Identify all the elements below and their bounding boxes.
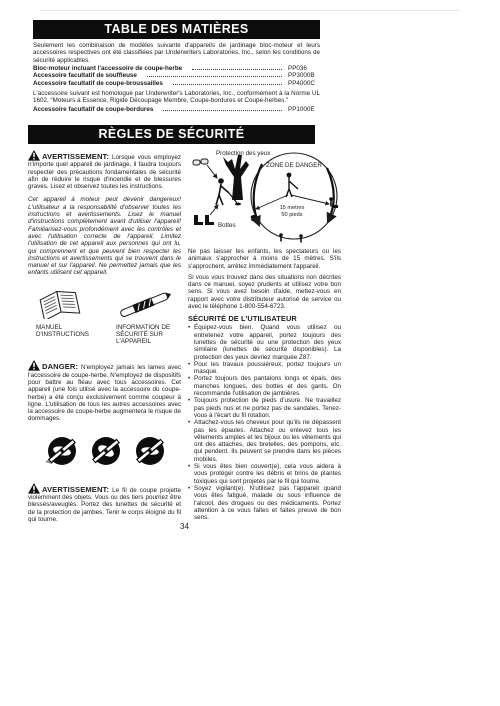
goggles-icon xyxy=(193,159,208,165)
shaft-safety-label-icon xyxy=(116,289,174,319)
warning-triangle-icon xyxy=(28,150,40,161)
danger-text: N'employez jamais les lames avec l'acces… xyxy=(28,364,181,422)
toc-entry-code: PP1000E xyxy=(288,106,320,114)
no-saw-blade-icon xyxy=(44,435,78,467)
dangerous-tool-paragraph: Cet appareil à moteur peut devenir dange… xyxy=(28,196,181,276)
instruction-manual-icon xyxy=(36,287,84,319)
eye-protection-label: Protection des yeux xyxy=(216,150,271,157)
warning-paragraph-1: AVERTISSEMENT: Lorsque vous employez n'i… xyxy=(28,150,181,190)
user-safety-heading: SÉCURITÉ DE L'UTILISATEUR xyxy=(188,314,341,323)
toc-intro-paragraph: Seulement les combinaison de modèles sui… xyxy=(33,42,320,64)
zone-center-figure xyxy=(286,173,298,197)
no-blades-icons-row xyxy=(28,435,181,467)
safety-bullet: Équipez-vous bien. Quand vous utilisez o… xyxy=(188,324,341,360)
dotted-leader xyxy=(147,76,282,77)
table-of-contents-section: TABLE DES MATIÈRES Seulement les combina… xyxy=(33,20,320,113)
manual-icon-block: MANUEL D'INSTRUCTIONS xyxy=(36,287,100,346)
danger-zone-illustration: Protection des yeux xyxy=(188,147,341,244)
warning-paragraph-2: AVERTISSEMENT: Le fil de coupe projette … xyxy=(28,483,181,523)
toc-entry-code: PP3000B xyxy=(288,72,320,80)
safety-bullet: Portez toujours des pantalons longs et é… xyxy=(188,375,341,397)
danger-paragraph: DANGER: N'employez jamais les lames avec… xyxy=(28,360,181,422)
left-column: AVERTISSEMENT: Lorsque vous employez n'i… xyxy=(28,147,181,523)
manual-icons-row: MANUEL D'INSTRUCTIONS xyxy=(28,287,181,346)
safety-bullet: Soyez vigilant(e). N'utilisez pas l'appa… xyxy=(188,485,341,521)
page-number: 34 xyxy=(28,522,341,531)
toc-entry: Accessoire facultatif de coupe-bordures … xyxy=(33,106,320,114)
scanned-manual-page: TABLE DES MATIÈRES Seulement les combina… xyxy=(0,0,500,706)
safety-label-icon-label: INFORMATION DE SÉCURITÉ SUR L'APPAREIL xyxy=(116,324,180,346)
manual-icon-label: MANUEL D'INSTRUCTIONS xyxy=(36,324,100,338)
toc-entry-code: PP036 xyxy=(288,65,320,73)
user-safety-bullet-list: Équipez-vous bien. Quand vous utilisez o… xyxy=(188,324,341,521)
safety-label-icon-block: INFORMATION DE SÉCURITÉ SUR L'APPAREIL xyxy=(116,287,180,346)
dotted-leader xyxy=(163,110,282,111)
bystander-figures xyxy=(251,197,338,242)
danger-keyword: DANGER: xyxy=(42,362,78,371)
rules-title: RÈGLES DE SÉCURITÉ xyxy=(98,127,244,141)
toc-entry-label: Accessoire facultatif de coupe-broussail… xyxy=(33,80,163,88)
toc-entry: Bloc-moteur incluant l'accessoire de cou… xyxy=(33,65,320,73)
toc-title: TABLE DES MATIÈRES xyxy=(104,22,248,36)
no-metal-blade-icon xyxy=(90,435,122,467)
rules-title-bar: RÈGLES DE SÉCURITÉ xyxy=(28,125,315,144)
warning-keyword: AVERTISSEMENT: xyxy=(42,152,109,161)
no-tri-blade-icon xyxy=(134,435,166,467)
right-column: Protection des yeux xyxy=(188,147,341,523)
toc-entry-label: Accessoire facultatif de souffleuse xyxy=(33,72,137,80)
safety-bullet: Pour les travaux poussiéreux, portez tou… xyxy=(188,361,341,376)
situations-paragraph: Si vous vous trouvez dans des situations… xyxy=(188,274,341,310)
toc-entry-label: Bloc-moteur incluant l'accessoire de cou… xyxy=(33,65,182,73)
tree-silhouette xyxy=(223,155,249,200)
danger-triangle-icon xyxy=(28,360,40,371)
safety-bullet: Si vous êtes bien couvert(e), cela vous … xyxy=(188,463,341,485)
two-column-layout: AVERTISSEMENT: Lorsque vous employez n'i… xyxy=(28,147,341,523)
toc-entry: Accessoire facultatif de coupe-broussail… xyxy=(33,80,320,88)
toc-entry-label: Accessoire facultatif de coupe-bordures xyxy=(33,106,153,114)
boots-label: Bottes xyxy=(218,222,236,229)
dotted-leader xyxy=(192,69,282,70)
danger-zone-label: ZONE DE DANGER xyxy=(266,162,322,169)
distance-metric-label: 15 metres xyxy=(280,205,305,211)
safety-bullet: Toujours protection de pieds d'usure. Ne… xyxy=(188,397,341,419)
toc-title-bar: TABLE DES MATIÈRES xyxy=(33,20,320,39)
distance-imperial-label: 50 pieds xyxy=(281,212,302,218)
bystanders-paragraph: Ne pas laisser les enfants, les spectate… xyxy=(188,248,341,270)
toc-entry-list: Bloc-moteur incluant l'accessoire de cou… xyxy=(33,65,320,88)
safety-bullet: Attachez-vous les cheveux pour qu'ils ne… xyxy=(188,419,341,463)
toc-note-paragraph: L'accessoire suivant est homologué par U… xyxy=(33,90,320,105)
boots-icon xyxy=(194,215,214,225)
scan-artifact-line xyxy=(40,10,460,11)
dotted-leader xyxy=(173,84,282,85)
warning-triangle-icon xyxy=(28,483,40,494)
toc-entry: Accessoire facultatif de souffleuse PP30… xyxy=(33,72,320,80)
toc-entry-code: PP4000C xyxy=(288,80,320,88)
warning-keyword: AVERTISSEMENT: xyxy=(42,485,109,494)
